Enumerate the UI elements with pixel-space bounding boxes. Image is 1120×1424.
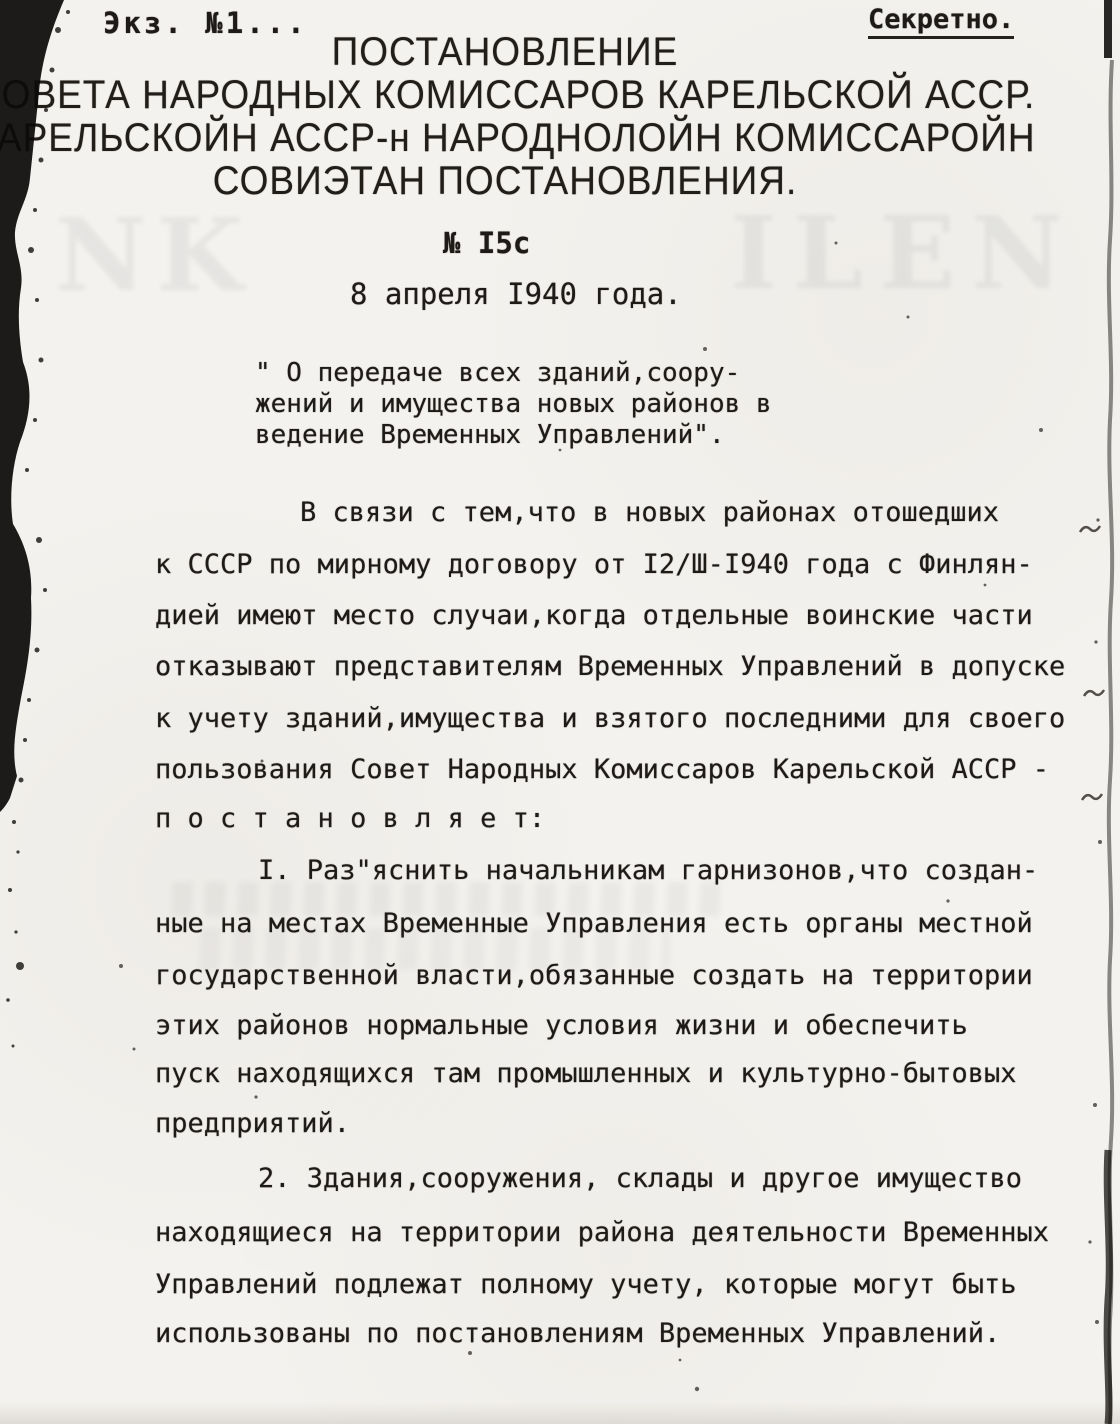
- decree-subject: " О передаче всех зданий,соору- жений и …: [255, 358, 772, 451]
- body-line: п о с т а н о в л я е т:: [155, 803, 545, 834]
- body-line: Управлений подлежат полному учету, котор…: [155, 1269, 1017, 1300]
- body-line: В связи с тем,что в новых районах отошед…: [300, 497, 999, 528]
- decree-date: 8 апреля I940 года.: [350, 277, 682, 311]
- title-line: ПОСТАНОВЛЕНИЕ: [0, 28, 1065, 74]
- body-line: к СССР по мирному договору от I2/Ш-I940 …: [155, 549, 1033, 580]
- document-text-layer: Экз. №1... Секретно. ПОСТАНОВЛЕНИЕ СОВЕТ…: [0, 0, 1120, 1424]
- body-line: ные на местах Временные Управления есть …: [155, 908, 1033, 939]
- title-line: СОВИЭТАН ПОСТАНОВЛЕНИЯ.: [0, 157, 1065, 203]
- body-line: пользования Совет Народных Комиссаров Ка…: [155, 754, 1049, 785]
- body-line: к учету зданий,имущества и взятого после…: [155, 703, 1065, 734]
- scanned-document-page: { "document": { "copy_label": "Экз. №1..…: [0, 0, 1120, 1424]
- body-line: дией имеют место случаи,когда отдельные …: [155, 600, 1033, 631]
- title-line: СОВЕТА НАРОДНЫХ КОМИССАРОВ КАРЕЛЬСКОЙ АС…: [0, 71, 1065, 117]
- document-title: ПОСТАНОВЛЕНИЕ СОВЕТА НАРОДНЫХ КОМИССАРОВ…: [0, 30, 1065, 202]
- body-line: отказывают представителям Временных Упра…: [155, 651, 1065, 682]
- body-line: 2. Здания,сооружения, склады и другое им…: [258, 1163, 1022, 1194]
- body-line: государственной власти,обязанные создать…: [155, 960, 1033, 991]
- subject-line: " О передаче всех зданий,соору-: [255, 358, 772, 389]
- subject-line: жений и имущества новых районов в: [255, 389, 772, 420]
- title-line: КАРЕЛЬСКОЙН АССР-н НАРОДНОЛОЙН КОМИССАРО…: [0, 114, 1065, 160]
- decree-number: № I5с: [443, 226, 530, 260]
- body-line: предприятий.: [155, 1108, 350, 1139]
- body-line: пуск находящихся там промышленных и куль…: [155, 1058, 1017, 1089]
- body-line: находящиеся на территории района деятель…: [155, 1217, 1049, 1248]
- body-line: I. Раз"яснить начальникам гарнизонов,что…: [258, 855, 1038, 886]
- body-line: использованы по постановлениям Временных…: [155, 1318, 1000, 1349]
- subject-line: ведение Временных Управлений".: [255, 420, 772, 451]
- body-line: этих районов нормальные условия жизни и …: [155, 1010, 968, 1041]
